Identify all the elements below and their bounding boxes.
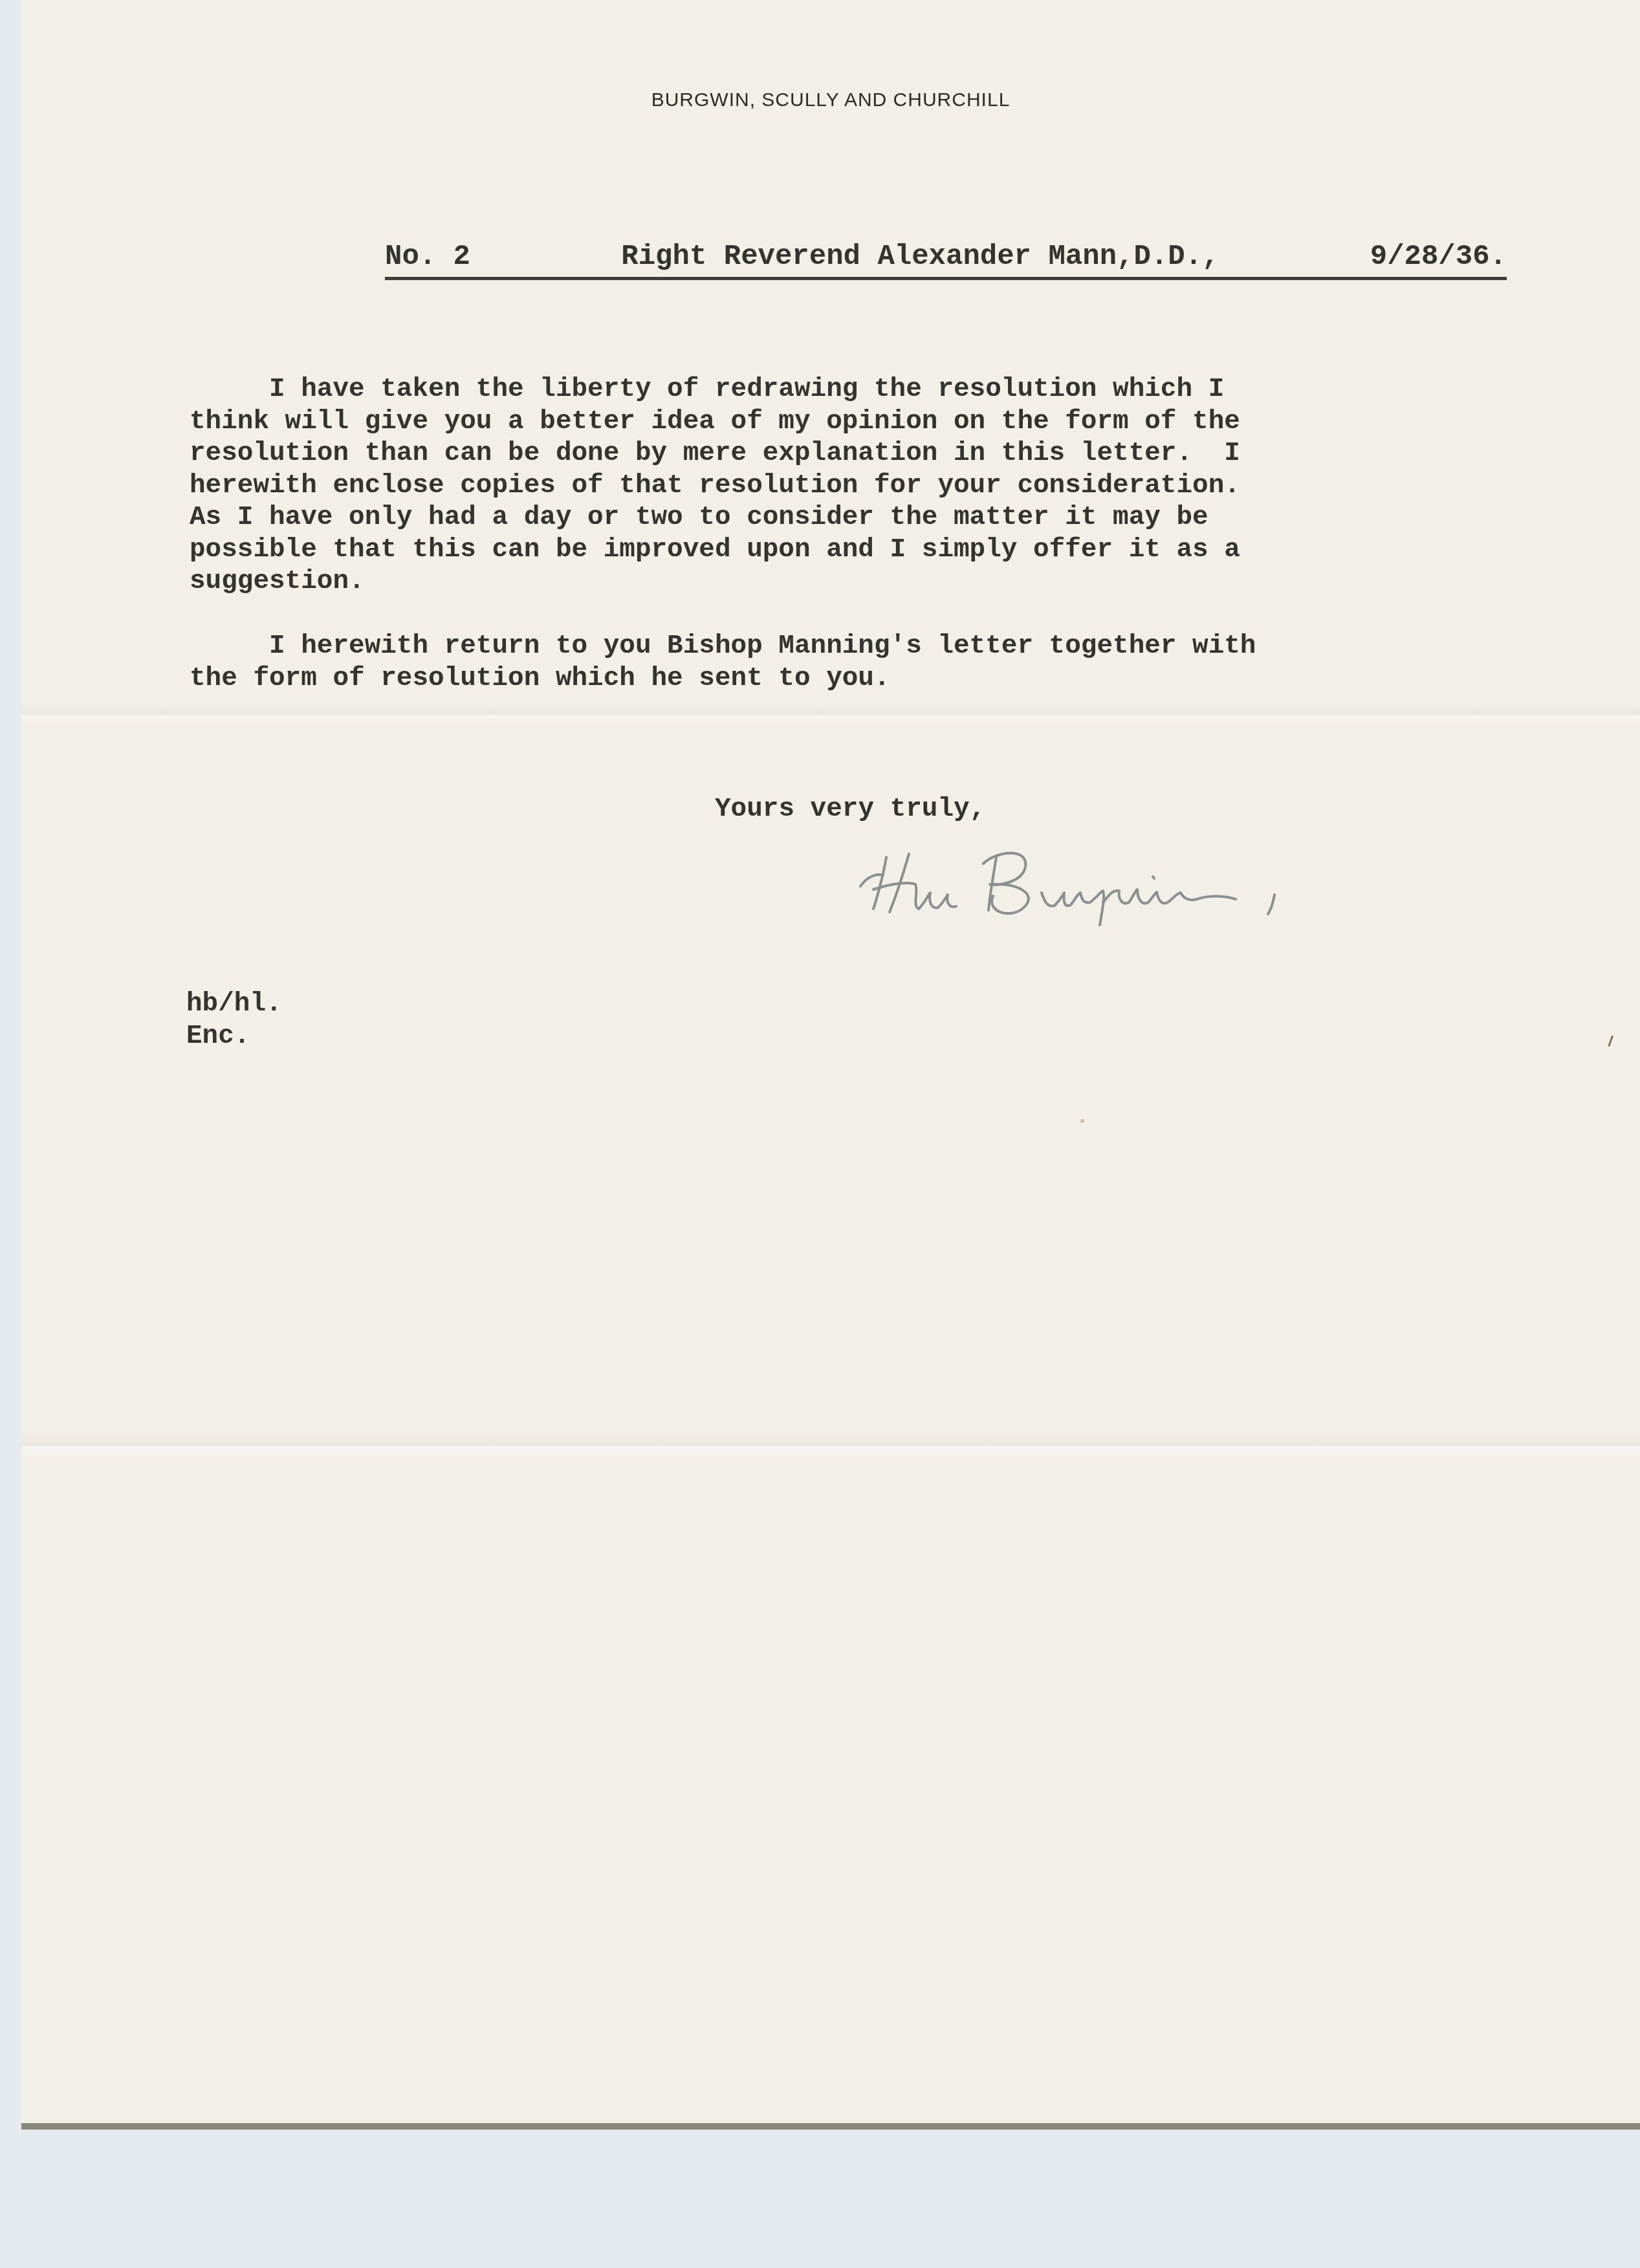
paragraph-2: I herewith return to you Bishop Manning'…	[190, 631, 1548, 695]
letter-page: BURGWIN, SCULLY AND CHURCHILL No. 2 Righ…	[21, 0, 1640, 2130]
recipient: Right Reverend Alexander Mann,D.D.,	[621, 241, 1219, 273]
reference-block: hb/hl. Enc.	[186, 988, 282, 1052]
date: 9/28/36.	[1370, 241, 1507, 273]
enclosure-note: Enc.	[186, 1021, 250, 1051]
typist-initials: hb/hl.	[186, 989, 282, 1019]
page-header: No. 2 Right Reverend Alexander Mann,D.D.…	[385, 241, 1507, 280]
paragraph-1: I have taken the liberty of redrawing th…	[190, 374, 1548, 598]
letterhead: BURGWIN, SCULLY AND CHURCHILL	[21, 89, 1640, 111]
fold-line	[21, 705, 1640, 725]
fold-line	[21, 1433, 1640, 1459]
paper-spot	[1080, 1119, 1084, 1123]
page-number: No. 2	[385, 241, 470, 273]
signature: Hu Burgwin,	[847, 838, 1339, 928]
closing: Yours very truly,	[715, 794, 985, 824]
paper-mark	[1608, 1035, 1616, 1047]
